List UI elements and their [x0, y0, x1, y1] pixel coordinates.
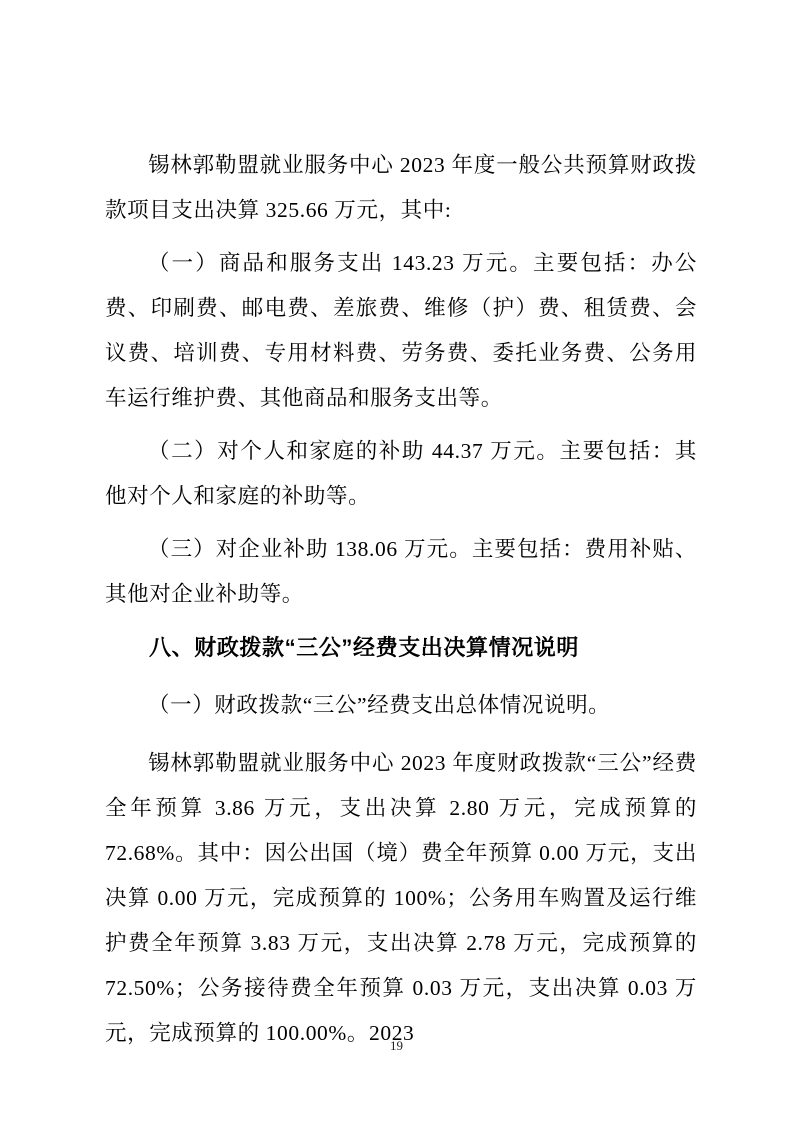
paragraph-individual-family-subsidy: （二）对个人和家庭的补助 44.37 万元。主要包括：其他对个人和家庭的补助等。 — [105, 429, 697, 519]
document-body: 锡林郭勒盟就业服务中心 2023 年度一般公共预算财政拨款项目支出决算 325.… — [105, 143, 697, 1064]
page-number: 19 — [0, 1038, 793, 1054]
paragraph-three-public-overview-title: （一）财政拨款“三公”经费支出总体情况说明。 — [105, 683, 697, 728]
paragraph-three-public-details: 锡林郭勒盟就业服务中心 2023 年度财政拨款“三公”经费全年预算 3.86 万… — [105, 741, 697, 1056]
document-page: 锡林郭勒盟就业服务中心 2023 年度一般公共预算财政拨款项目支出决算 325.… — [0, 0, 793, 1122]
paragraph-enterprise-subsidy: （三）对企业补助 138.06 万元。主要包括：费用补贴、其他对企业补助等。 — [105, 527, 697, 617]
paragraph-project-expenditure-total: 锡林郭勒盟就业服务中心 2023 年度一般公共预算财政拨款项目支出决算 325.… — [105, 143, 697, 233]
paragraph-goods-and-services: （一）商品和服务支出 143.23 万元。主要包括：办公费、印刷费、邮电费、差旅… — [105, 241, 697, 421]
section-heading-eight-three-public-funds: 八、财政拨款“三公”经费支出决算情况说明 — [105, 625, 697, 670]
